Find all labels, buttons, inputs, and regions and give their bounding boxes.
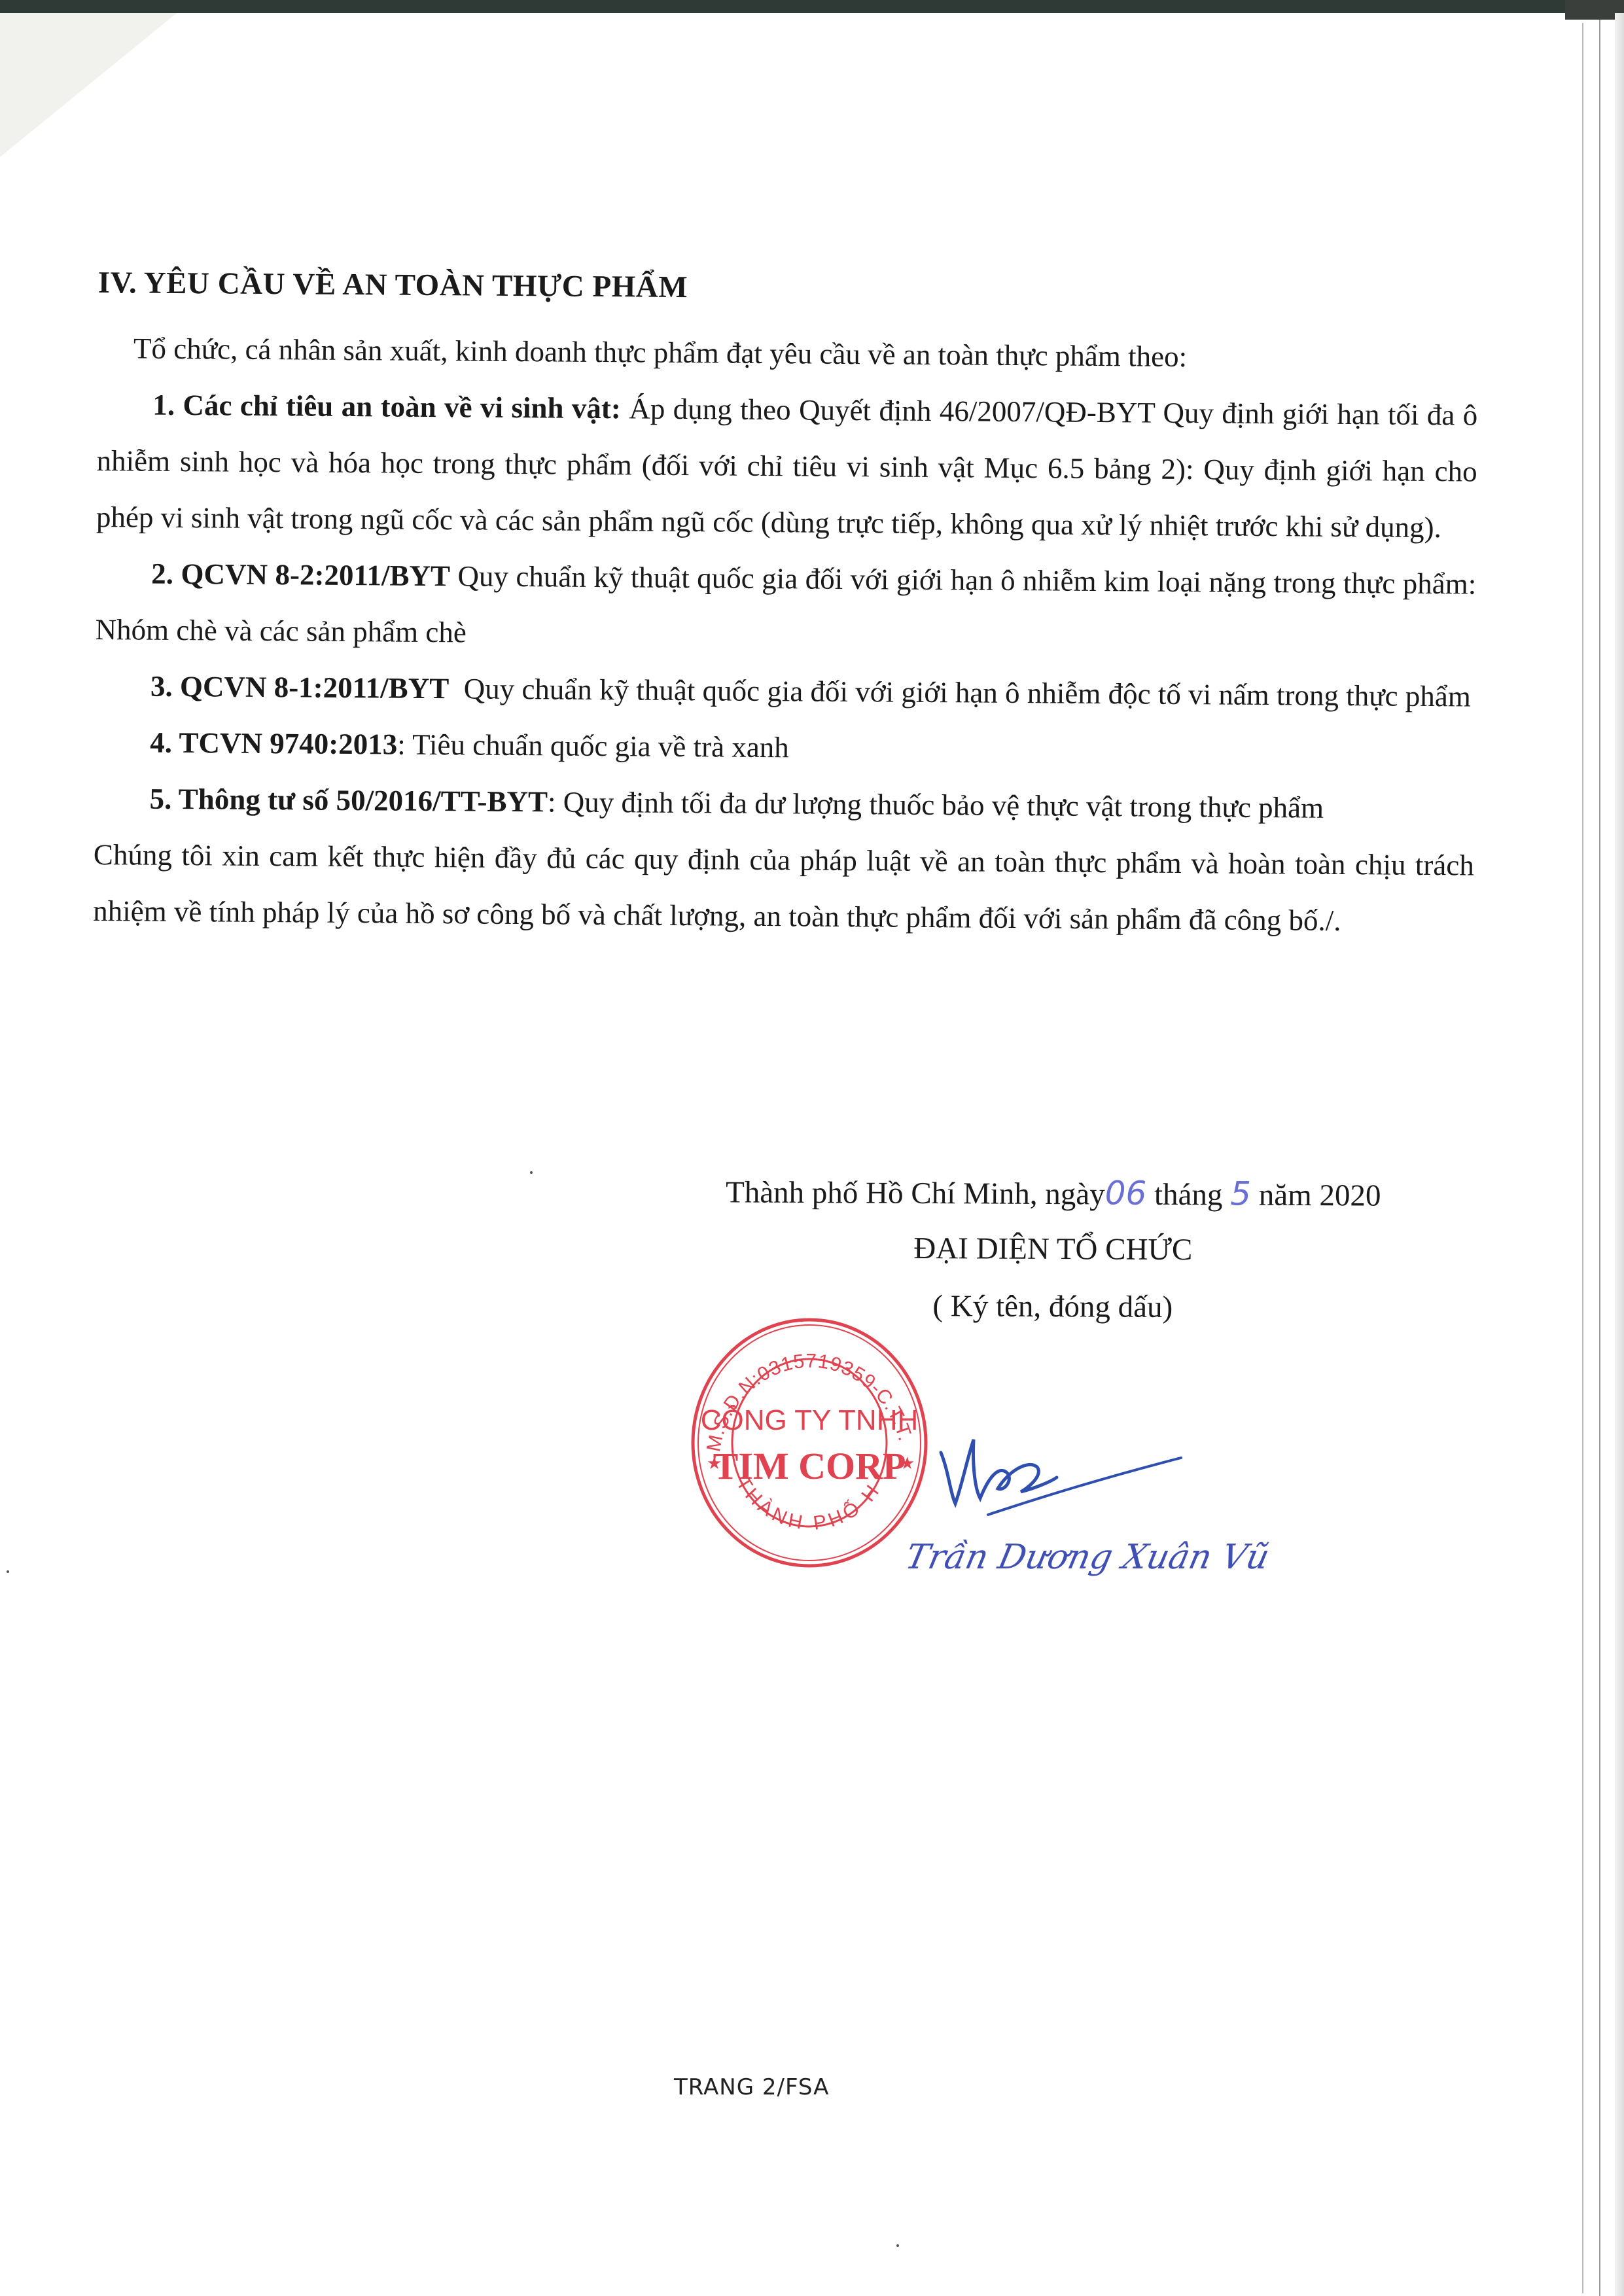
item-text: : Tiêu chuẩn quốc gia về trà xanh <box>397 728 789 764</box>
item-label: 2. QCVN 8-2:2011/BYT <box>151 557 450 593</box>
item-label: 4. TCVN 9740:2013 <box>150 726 397 761</box>
commitment-paragraph: Chúng tôi xin cam kết thực hiện đầy đủ c… <box>93 826 1474 950</box>
handwritten-month: 5 <box>1230 1174 1251 1212</box>
page-edge-shadow <box>1615 13 1624 2296</box>
requirement-item-1: 1. Các chỉ tiêu an toàn về vi sinh vật: … <box>96 376 1478 556</box>
organization-representative-title: ĐẠI DIỆN TỔ CHỨC <box>677 1218 1429 1280</box>
item-label: 1. Các chỉ tiêu an toàn về vi sinh vật: <box>152 389 621 425</box>
item-label: 5. Thông tư số 50/2016/TT-BYT <box>149 783 548 819</box>
scan-speck <box>896 2244 899 2247</box>
scan-speck <box>530 1171 533 1174</box>
scan-speck <box>7 1570 9 1573</box>
item-text: : Quy định tối đa dư lượng thuốc bảo vệ … <box>548 785 1324 824</box>
scan-top-border <box>0 0 1624 13</box>
page-number: TRANG 2/FSA <box>674 2074 829 2100</box>
item-label: 3. QCVN 8-1:2011/BYT <box>150 670 450 705</box>
handwritten-signature <box>936 1426 1184 1518</box>
requirement-item-4: 4. TCVN 9740:2013: Tiêu chuẩn quốc gia v… <box>94 714 1475 781</box>
stamp-line-1: CÔNG TY TNHH <box>701 1404 919 1436</box>
signer-name: Trần Dương Xuân Vũ <box>902 1538 1273 1577</box>
company-stamp: M.S.D.N:0315719359-C.T.T.N.H.H THÀNH PHỐ… <box>687 1312 929 1570</box>
intro-paragraph: Tổ chức, cá nhân sản xuất, kinh doanh th… <box>97 320 1479 387</box>
handwritten-day: 06 <box>1105 1174 1147 1212</box>
place-prefix: Thành phố Hồ Chí Minh, ngày <box>726 1175 1105 1211</box>
stamp-line-2: TIM CORP <box>713 1445 906 1487</box>
document-body: IV. YÊU CẦU VỀ AN TOÀN THỰC PHẨM Tổ chức… <box>93 265 1479 950</box>
section-heading: IV. YÊU CẦU VỀ AN TOÀN THỰC PHẨM <box>98 265 1479 311</box>
requirement-item-2: 2. QCVN 8-2:2011/BYT Quy chuẩn kỹ thuật … <box>95 545 1476 669</box>
requirement-item-3: 3. QCVN 8-1:2011/BYT Quy chuẩn kỹ thuật … <box>95 658 1476 725</box>
folded-corner <box>0 13 177 157</box>
date-line: Thành phố Hồ Chí Minh, ngày06 tháng 5 nă… <box>677 1165 1430 1222</box>
item-text: Quy chuẩn kỹ thuật quốc gia đối với giới… <box>449 672 1471 713</box>
page-edge-line <box>1582 23 1583 2293</box>
requirement-item-5: 5. Thông tư số 50/2016/TT-BYT: Quy định … <box>94 770 1475 838</box>
page-edge-line <box>1599 20 1600 2296</box>
year-label: năm 2020 <box>1259 1178 1381 1213</box>
month-label: tháng <box>1154 1178 1223 1212</box>
